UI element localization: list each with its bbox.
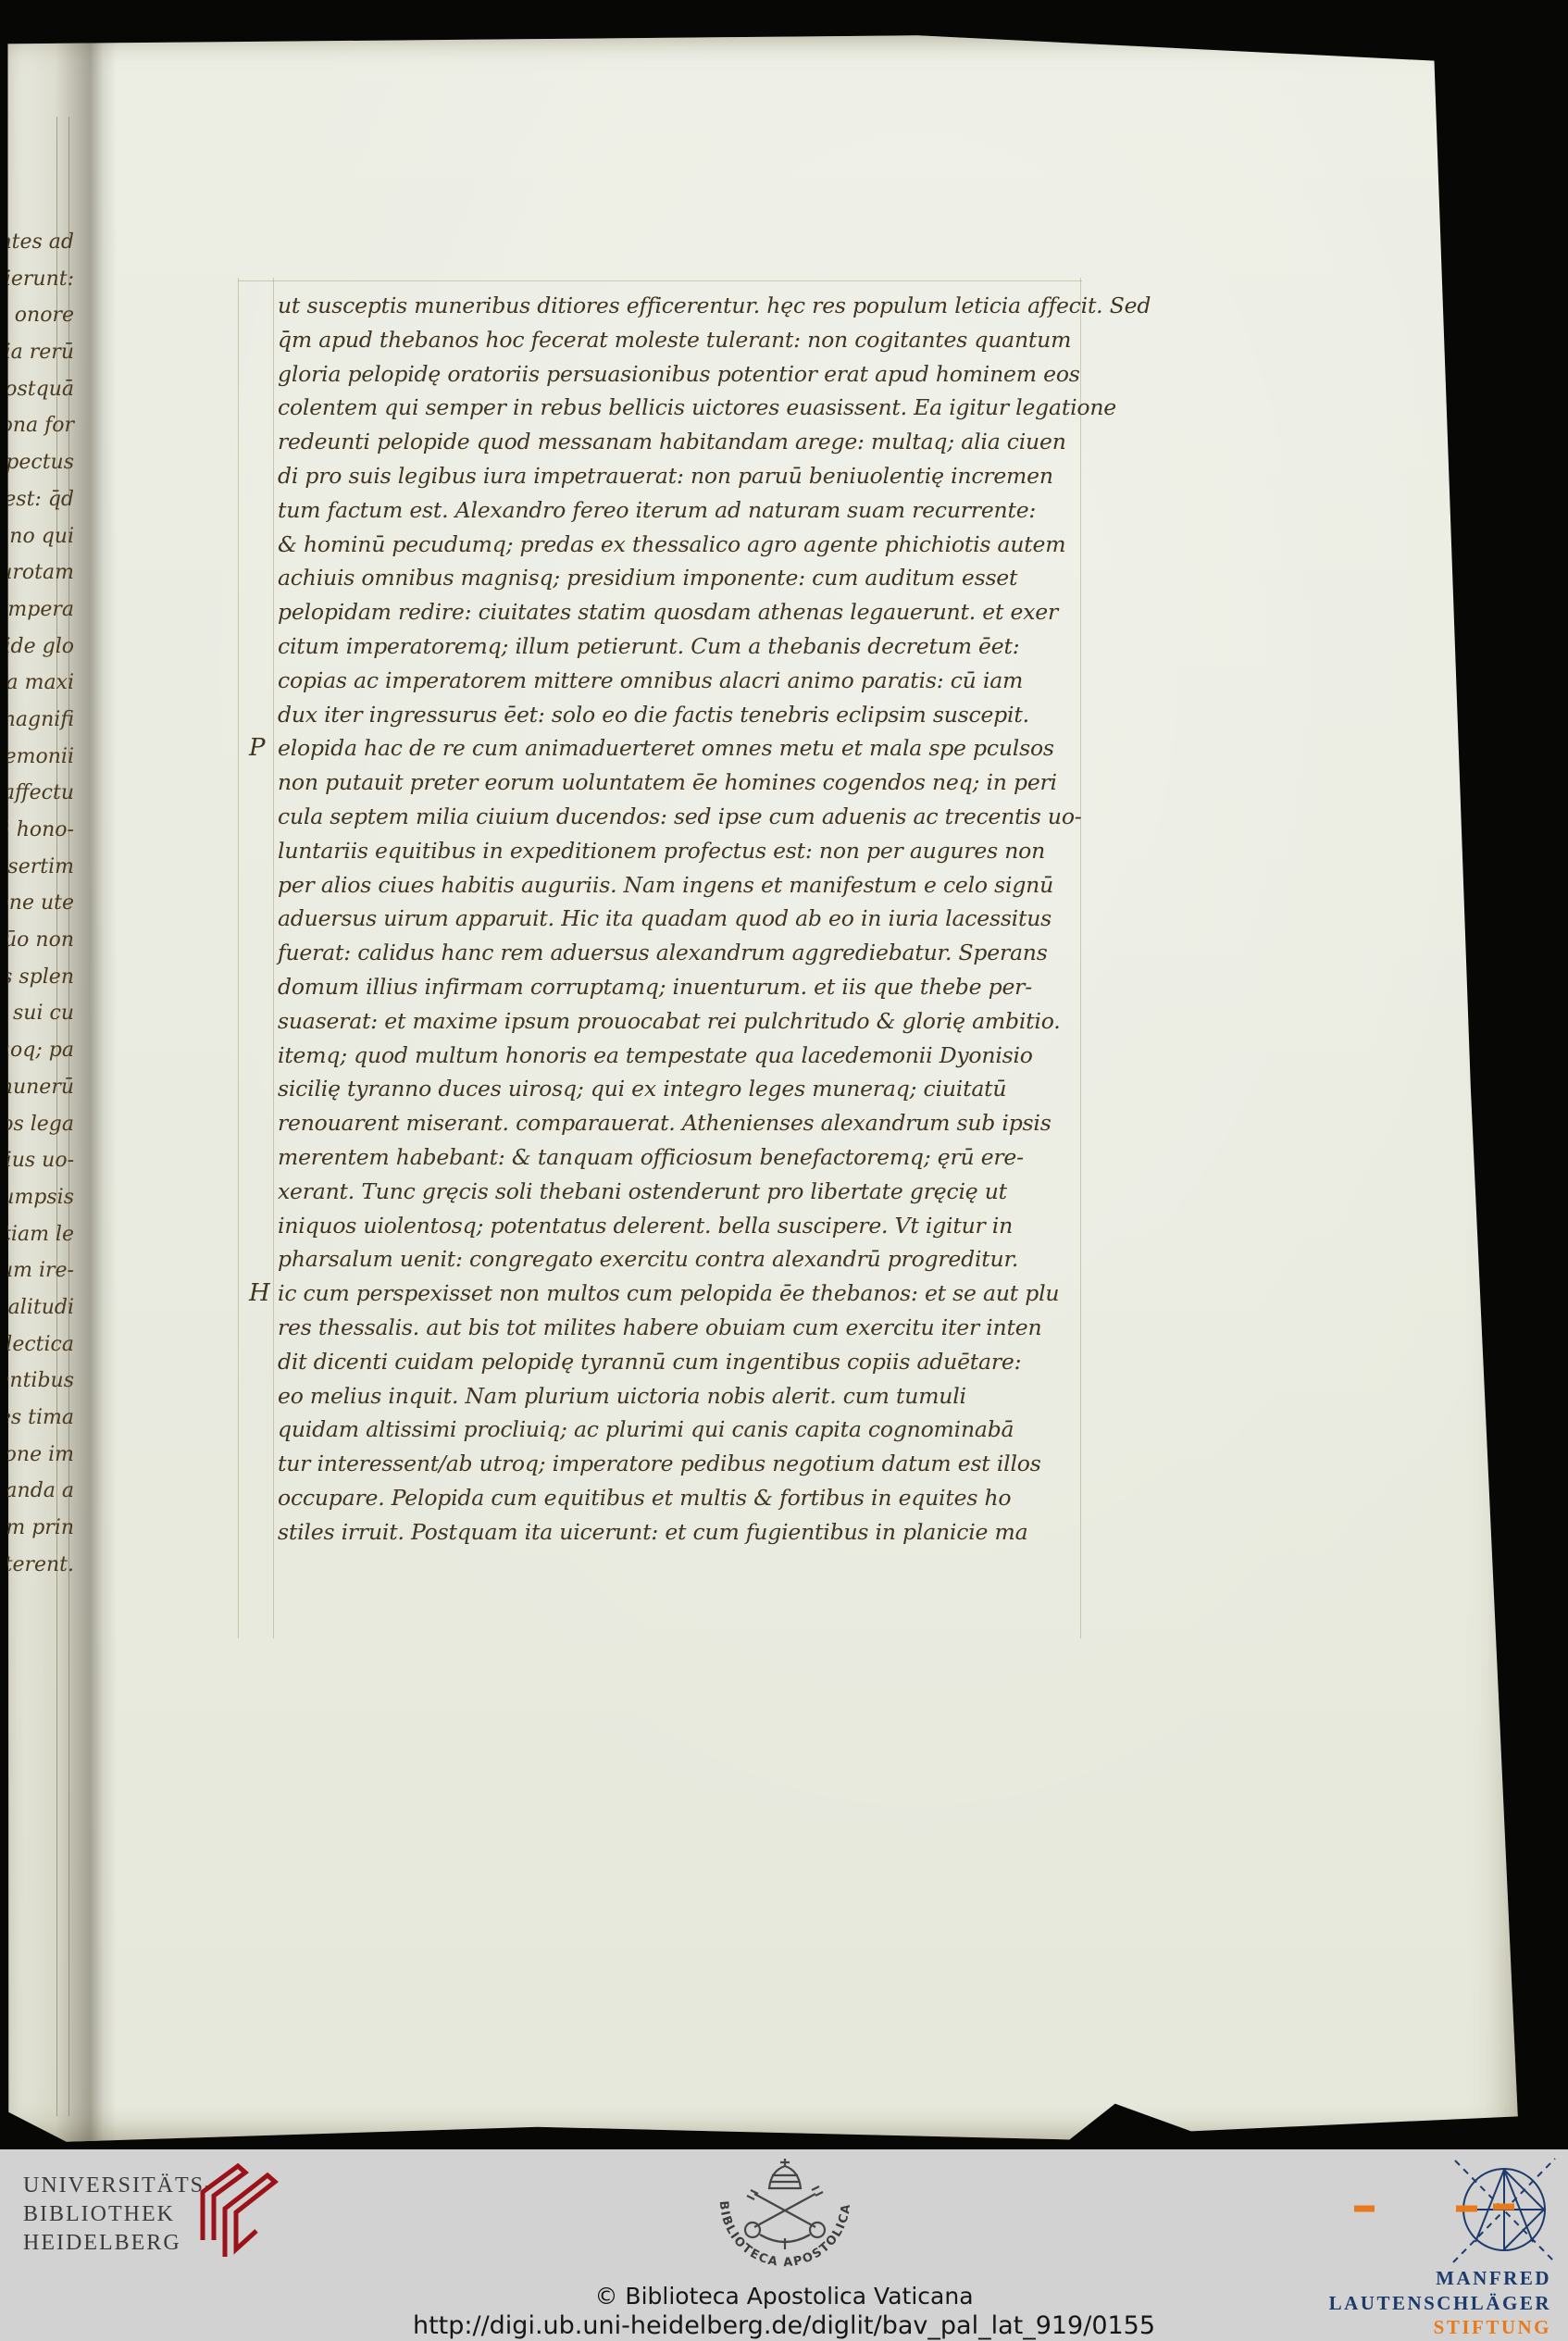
ub-line-3: HEIDELBERG xyxy=(23,2229,214,2258)
manuscript-line: merentem habebant: & tanquam officiosum … xyxy=(278,1140,1089,1175)
manuscript-line: renouarent miserant. comparauerat. Athen… xyxy=(278,1106,1089,1140)
margin-fragment: ōspectus xyxy=(7,444,78,481)
margin-fragment: ferentibus xyxy=(7,1363,78,1400)
margin-fragment: ostquā xyxy=(7,371,78,408)
manuscript-line: achiuis omnibus magnisq; presidium impon… xyxy=(278,561,1089,595)
margin-fragment: ierunt: xyxy=(7,261,78,298)
margin-fragment: one ute xyxy=(7,885,78,922)
manuscript-line: gloria pelopidę oratoriis persuasionibus… xyxy=(278,357,1089,392)
margin-fragment: munerū xyxy=(7,1069,78,1106)
manuscript-line: di pro suis legibus iura impetrauerat: n… xyxy=(278,459,1089,493)
manuscript-line: dux iter ingressurus ēet: solo eo die fa… xyxy=(278,698,1089,732)
foundation-line-3: STIFTUNG xyxy=(1277,2315,1551,2340)
margin-fragment: ntes ad xyxy=(7,224,78,261)
ub-heidelberg-wordmark: UNIVERSITÄTS- BIBLIOTHEK HEIDELBERG xyxy=(23,2172,214,2258)
margin-fragment: us est: q̄d xyxy=(7,481,78,518)
manuscript-line: eo melius inquit. Nam plurium uictoria n… xyxy=(278,1379,1089,1413)
compass-logo-icon xyxy=(1333,2157,1568,2268)
manuscript-line: per alios ciues habitis auguriis. Nam in… xyxy=(278,868,1089,903)
margin-fragment: tum ire- xyxy=(7,1252,78,1289)
vatican-seal-icon: BIBLIOTECA APOSTOLICA VATICANA xyxy=(690,2157,884,2286)
manuscript-line: tur interessent/ab utroq; imperatore ped… xyxy=(278,1447,1089,1481)
margin-fragment: etiam le xyxy=(7,1216,78,1253)
manuscript-line: dit dicenti cuidam pelopidę tyrannū cum … xyxy=(278,1345,1089,1379)
foundation-wordmark: MANFRED LAUTENSCHLÄGER STIFTUNG xyxy=(1277,2266,1551,2340)
ruling-line-left-outer xyxy=(238,278,239,1638)
manuscript-line: domum illius infirmam corruptamq; inuent… xyxy=(278,970,1089,1004)
prev-page-fragments: ntes adierunt:onoreria rerūostquābona fo… xyxy=(7,224,78,1583)
margin-fragment: ū hono- xyxy=(7,812,78,849)
margin-fragment: magnifi xyxy=(7,702,78,739)
margin-fragment: demonii xyxy=(7,739,78,776)
ub-line-2: BIBLIOTHEK xyxy=(23,2200,214,2229)
manuscript-line: & hominū pecudumq; predas ex thessalico … xyxy=(278,528,1089,562)
manuscript-line: itemq; quod multum honoris ea tempestate… xyxy=(278,1039,1089,1073)
manuscript-line: non putauit preter eorum uoluntatem ēe h… xyxy=(278,766,1089,800)
margin-fragment: affectu xyxy=(7,775,78,812)
ruling-line-top xyxy=(238,280,1082,281)
manuscript-line: tum factum est. Alexandro fereo iterum a… xyxy=(278,493,1089,528)
margin-fragment: bona for xyxy=(7,407,78,444)
manuscript-line: colentem qui semper in rebus bellicis ui… xyxy=(278,391,1089,425)
manuscript-line: luntariis equitibus in expeditionem prof… xyxy=(278,834,1089,868)
margin-fragment: urotam xyxy=(7,554,78,591)
margin-fragment: lectica xyxy=(7,1326,78,1364)
margin-fragment: suoq; pa xyxy=(7,1032,78,1069)
margin-fragment: alios lega xyxy=(7,1106,78,1143)
margin-fragment: n ius uo- xyxy=(7,1142,78,1179)
paragraph-initial: P xyxy=(249,731,265,766)
manuscript-line: suaserat: et maxime ipsum prouocabat rei… xyxy=(278,1004,1089,1039)
margin-fragment: imis splen xyxy=(7,959,78,996)
manuscript-line: pharsalum uenit: congregato exercitu con… xyxy=(278,1242,1089,1276)
manuscript-line: citum imperatoremq; illum petierunt. Cum… xyxy=(278,629,1089,664)
ruling-line-left-inner xyxy=(273,278,274,1638)
manuscript-line: stiles irruit. Postquam ita uicerunt: et… xyxy=(278,1515,1089,1550)
ub-book-logo-icon xyxy=(190,2160,282,2270)
margin-fragment: es tima xyxy=(7,1400,78,1437)
paragraph-initial: H xyxy=(249,1276,269,1311)
margin-fragment: a maxi xyxy=(7,665,78,702)
margin-fragment: no qui xyxy=(7,518,78,555)
margin-fragment: lla sumpsis xyxy=(7,1179,78,1216)
manuscript-line: redeunti pelopide quod messanam habitand… xyxy=(278,425,1089,459)
manuscript-line: fuerat: calidus hanc rem aduersus alexan… xyxy=(278,936,1089,970)
scan-viewport: ntes adierunt:onoreria rerūostquābona fo… xyxy=(0,0,1568,2341)
manuscript-line: sicilię tyranno duces uirosq; qui ex int… xyxy=(278,1072,1089,1106)
manuscript-line: Pelopida hac de re cum animaduerteret om… xyxy=(278,731,1089,766)
foundation-line-2: LAUTENSCHLÄGER xyxy=(1277,2291,1551,2316)
manuscript-line: ut susceptis muneribus ditiores efficere… xyxy=(278,289,1089,323)
margin-fragment: presertim xyxy=(7,849,78,886)
manuscript-line: aduersus uirum apparuit. Hic ita quadam … xyxy=(278,902,1089,936)
manuscript-line: xerant. Tunc gręcis soli thebani ostende… xyxy=(278,1175,1089,1209)
margin-fragment: tiem prin xyxy=(7,1510,78,1547)
manuscript-line: res thessalis. aut bis tot milites haber… xyxy=(278,1311,1089,1345)
manuscript-line: pelopidam redire: ciuitates statim quosd… xyxy=(278,595,1089,629)
manuscript-line: q̄m apud thebanos hoc fecerat moleste tu… xyxy=(278,323,1089,357)
ub-line-1: UNIVERSITÄTS- xyxy=(23,2172,214,2200)
manuscript-line: cula septem milia ciuium ducendos: sed i… xyxy=(278,800,1089,834)
svg-text:BIBLIOTECA APOSTOLICA VATICANA: BIBLIOTECA APOSTOLICA VATICANA xyxy=(690,2157,853,2270)
margin-fragment: ualitudi xyxy=(7,1289,78,1326)
margin-fragment: impera xyxy=(7,591,78,629)
manuscript-line: quidam altissimi procliuiq; ac plurimi q… xyxy=(278,1413,1089,1447)
manuscript-line: iniquos uiolentosq; potentatus delerent.… xyxy=(278,1209,1089,1243)
margin-fragment: itione im xyxy=(7,1437,78,1474)
manuscript-text-block: ut susceptis muneribus ditiores efficere… xyxy=(278,289,1089,1549)
margin-fragment: ria rerū xyxy=(7,334,78,371)
margin-fragment: ūo sui cu xyxy=(7,995,78,1032)
manuscript-line: copias ac imperatorem mittere omnibus al… xyxy=(278,664,1089,698)
seal-arc-label: BIBLIOTECA APOSTOLICA VATICANA xyxy=(690,2157,853,2270)
foundation-line-1: MANFRED xyxy=(1277,2266,1551,2291)
margin-fragment: n ūo non xyxy=(7,922,78,959)
margin-fragment: s mitterent. xyxy=(7,1547,78,1584)
manuscript-line: Hic cum perspexisset non multos cum pelo… xyxy=(278,1276,1089,1311)
margin-fragment: onore xyxy=(7,297,78,334)
manuscript-line: occupare. Pelopida cum equitibus et mult… xyxy=(278,1481,1089,1515)
margin-fragment: anda a xyxy=(7,1473,78,1510)
footer-bar: UNIVERSITÄTS- BIBLIOTHEK HEIDELBERG xyxy=(0,2149,1568,2341)
margin-fragment: ide glo xyxy=(7,629,78,666)
